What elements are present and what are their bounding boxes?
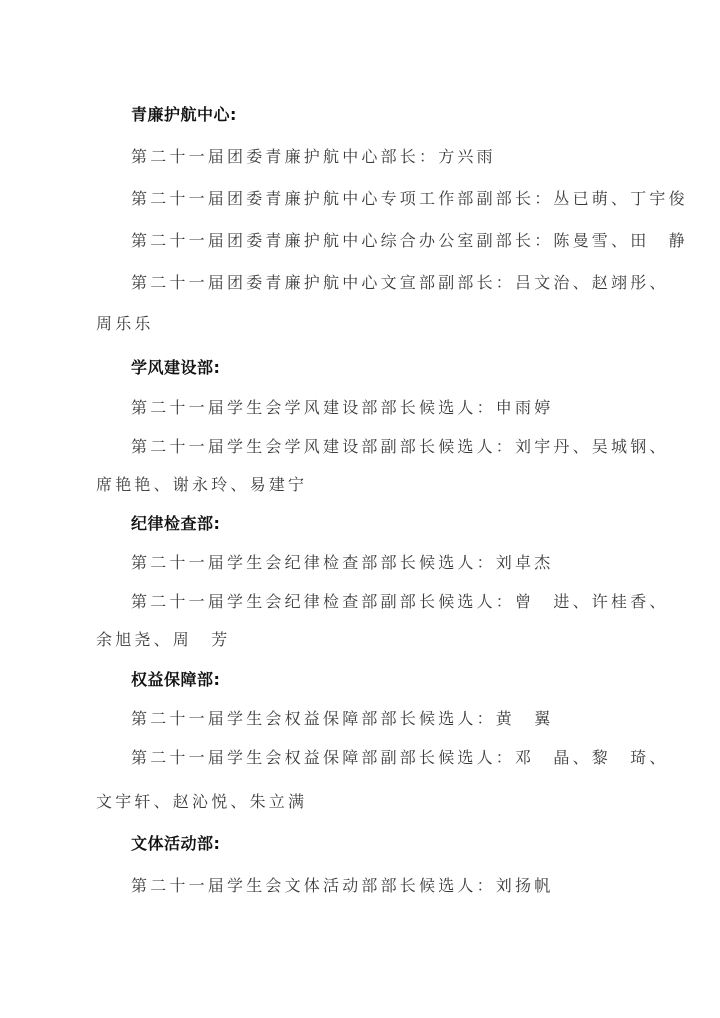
document-line: 第二十一届学生会权益保障部部长候选人：黄 翼 [131, 709, 553, 729]
section-heading: 学风建设部: [131, 358, 220, 378]
document-line: 第二十一届学生会纪律检查部部长候选人：刘卓杰 [131, 553, 553, 573]
document-line-continuation: 周乐乐 [96, 314, 154, 334]
section-heading: 青廉护航中心: [131, 105, 237, 125]
section-heading: 文体活动部: [131, 834, 220, 854]
document-line-continuation: 文宇轩、赵沁悦、朱立满 [96, 792, 307, 812]
document-line: 第二十一届团委青廉护航中心文宣部副部长：吕文治、赵翊彤、 [131, 273, 669, 293]
document-line: 第二十一届学生会权益保障部副部长候选人：邓 晶、黎 琦、 [131, 748, 669, 768]
document-line-continuation: 席艳艳、谢永玲、易建宁 [96, 475, 307, 495]
document-line: 第二十一届团委青廉护航中心综合办公室副部长：陈曼雪、田 静 [131, 231, 688, 251]
document-line: 第二十一届学生会纪律检查部副部长候选人：曾 进、许桂香、 [131, 592, 669, 612]
document-line-continuation: 余旭尧、周 芳 [96, 630, 230, 650]
document-line: 第二十一届学生会学风建设部部长候选人：申雨婷 [131, 398, 553, 418]
document-page: 青廉护航中心: 第二十一届团委青廉护航中心部长：方兴雨 第二十一届团委青廉护航中… [0, 0, 720, 1018]
section-heading: 纪律检查部: [131, 514, 220, 534]
document-line: 第二十一届团委青廉护航中心部长：方兴雨 [131, 147, 496, 167]
section-heading: 权益保障部: [131, 670, 220, 690]
document-line: 第二十一届学生会学风建设部副部长候选人：刘宇丹、吴城钢、 [131, 437, 669, 457]
document-line: 第二十一届团委青廉护航中心专项工作部副部长：丛已萌、丁宇俊 [131, 189, 688, 209]
document-line: 第二十一届学生会文体活动部部长候选人：刘扬帆 [131, 876, 553, 896]
